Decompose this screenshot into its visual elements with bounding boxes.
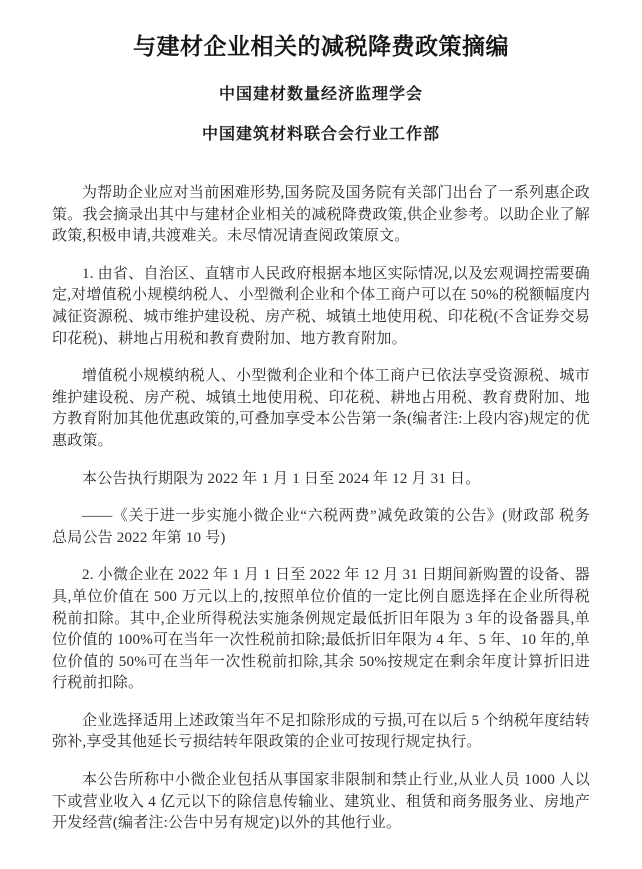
document-title: 与建材企业相关的减税降费政策摘编	[52, 33, 590, 61]
paragraph-intro: 为帮助企业应对当前困难形势,国务院及国务院有关部门出台了一系列惠企政策。我会摘录…	[52, 183, 590, 248]
paragraph-execution-period: 本公告执行期限为 2022 年 1 月 1 日至 2024 年 12 月 31 …	[52, 469, 590, 491]
organization-name-society: 中国建材数量经济监理学会	[52, 86, 590, 103]
paragraph-smme-definition: 本公告所称中小微企业包括从事国家非限制和禁止行业,从业人员 1000 人以下或营…	[52, 770, 590, 835]
paragraph-policy-1-tax-reduction: 1. 由省、自治区、直辖市人民政府根据本地区实际情况,以及宏观调控需要确定,对增…	[52, 264, 590, 350]
paragraph-policy-1-stacking-benefits: 增值税小规模纳税人、小型微利企业和个体工商户已依法享受资源税、城市维护建设税、房…	[52, 366, 590, 452]
paragraph-policy-2-equipment-deduction: 2. 小微企业在 2022 年 1 月 1 日至 2022 年 12 月 31 …	[52, 565, 590, 695]
document-page: 与建材企业相关的减税降费政策摘编 中国建材数量经济监理学会 中国建筑材料联合会行…	[0, 0, 642, 869]
paragraph-source-citation: ——《关于进一步实施小微企业“六税两费”减免政策的公告》(财政部 税务总局公告 …	[52, 506, 590, 549]
document-body: 为帮助企业应对当前困难形势,国务院及国务院有关部门出台了一系列惠企政策。我会摘录…	[52, 183, 590, 835]
organization-name-federation-dept: 中国建筑材料联合会行业工作部	[52, 126, 590, 143]
paragraph-loss-carryover: 企业选择适用上述政策当年不足扣除形成的亏损,可在以后 5 个纳税年度结转弥补,享…	[52, 711, 590, 754]
